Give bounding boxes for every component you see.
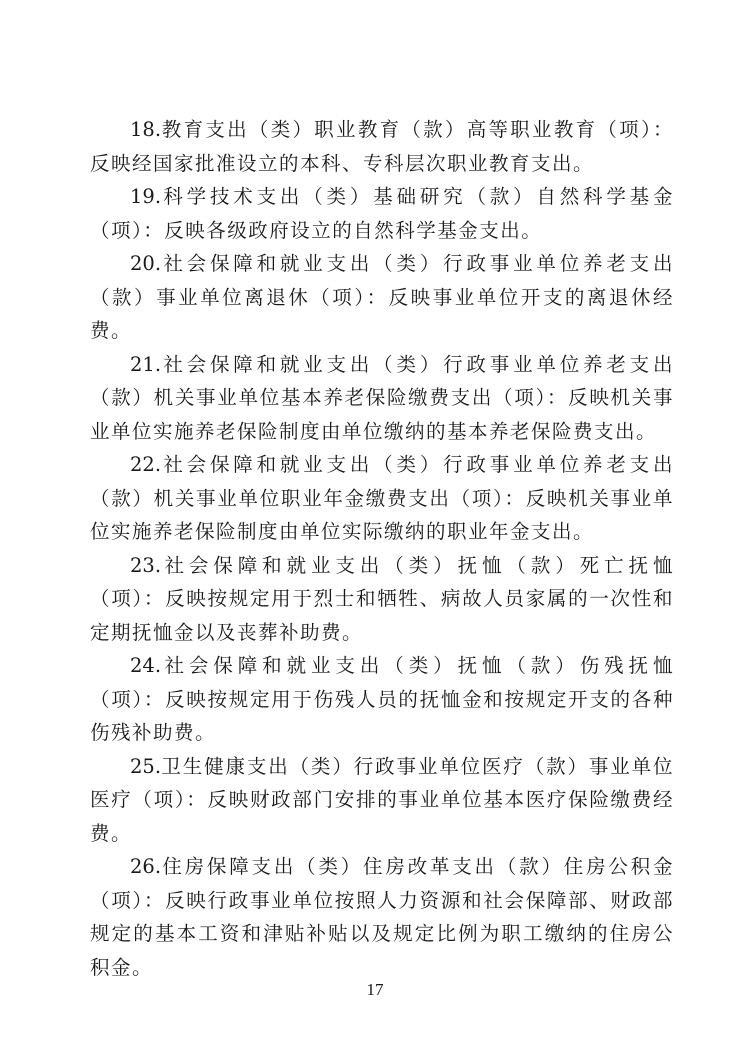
- paragraph-24: 24.社会保障和就业支出（类）抚恤（款）伤残抚恤（项）：反映按规定用于伤残人员的…: [90, 649, 674, 750]
- item-text: 住房保障支出（类）住房改革支出（款）住房公积金（项）：反映行政事业单位按照人力资…: [90, 855, 674, 979]
- item-number: 22.: [130, 453, 161, 476]
- item-text: 社会保障和就业支出（类）抚恤（款）死亡抚恤（项）：反映按规定用于烈士和牺牲、病故…: [90, 554, 674, 644]
- paragraph-19: 19.科学技术支出（类）基础研究（款）自然科学基金（项）：反映各级政府设立的自然…: [90, 180, 674, 247]
- item-number: 20.: [130, 252, 161, 275]
- item-number: 19.: [130, 185, 161, 208]
- item-text: 社会保障和就业支出（类）行政事业单位养老支出（款）机关事业单位职业年金缴费支出（…: [90, 453, 674, 543]
- paragraph-18: 18.教育支出（类）职业教育（款）高等职业教育（项）：反映经国家批准设立的本科、…: [90, 113, 674, 180]
- item-text: 社会保障和就业支出（类）行政事业单位养老支出（款）事业单位离退休（项）：反映事业…: [90, 252, 674, 342]
- paragraph-25: 25.卫生健康支出（类）行政事业单位医疗（款）事业单位医疗（项）：反映财政部门安…: [90, 750, 674, 851]
- item-text: 教育支出（类）职业教育（款）高等职业教育（项）：反映经国家批准设立的本科、专科层…: [90, 118, 674, 175]
- item-number: 24.: [130, 654, 161, 677]
- item-text: 社会保障和就业支出（类）抚恤（款）伤残抚恤（项）：反映按规定用于伤残人员的抚恤金…: [90, 654, 674, 744]
- paragraph-21: 21.社会保障和就业支出（类）行政事业单位养老支出（款）机关事业单位基本养老保险…: [90, 348, 674, 449]
- document-body: 18.教育支出（类）职业教育（款）高等职业教育（项）：反映经国家批准设立的本科、…: [90, 113, 674, 984]
- item-number: 25.: [130, 755, 161, 778]
- item-number: 18.: [130, 118, 161, 141]
- paragraph-26: 26.住房保障支出（类）住房改革支出（款）住房公积金（项）：反映行政事业单位按照…: [90, 850, 674, 984]
- item-text: 卫生健康支出（类）行政事业单位医疗（款）事业单位医疗（项）：反映财政部门安排的事…: [90, 755, 674, 845]
- item-text: 社会保障和就业支出（类）行政事业单位养老支出（款）机关事业单位基本养老保险缴费支…: [90, 353, 674, 443]
- item-number: 26.: [130, 855, 161, 878]
- paragraph-22: 22.社会保障和就业支出（类）行政事业单位养老支出（款）机关事业单位职业年金缴费…: [90, 448, 674, 549]
- page-number: 17: [0, 980, 750, 1000]
- item-number: 21.: [130, 353, 161, 376]
- paragraph-23: 23.社会保障和就业支出（类）抚恤（款）死亡抚恤（项）：反映按规定用于烈士和牺牲…: [90, 549, 674, 650]
- item-number: 23.: [130, 554, 161, 577]
- paragraph-20: 20.社会保障和就业支出（类）行政事业单位养老支出（款）事业单位离退休（项）：反…: [90, 247, 674, 348]
- item-text: 科学技术支出（类）基础研究（款）自然科学基金（项）：反映各级政府设立的自然科学基…: [90, 185, 674, 242]
